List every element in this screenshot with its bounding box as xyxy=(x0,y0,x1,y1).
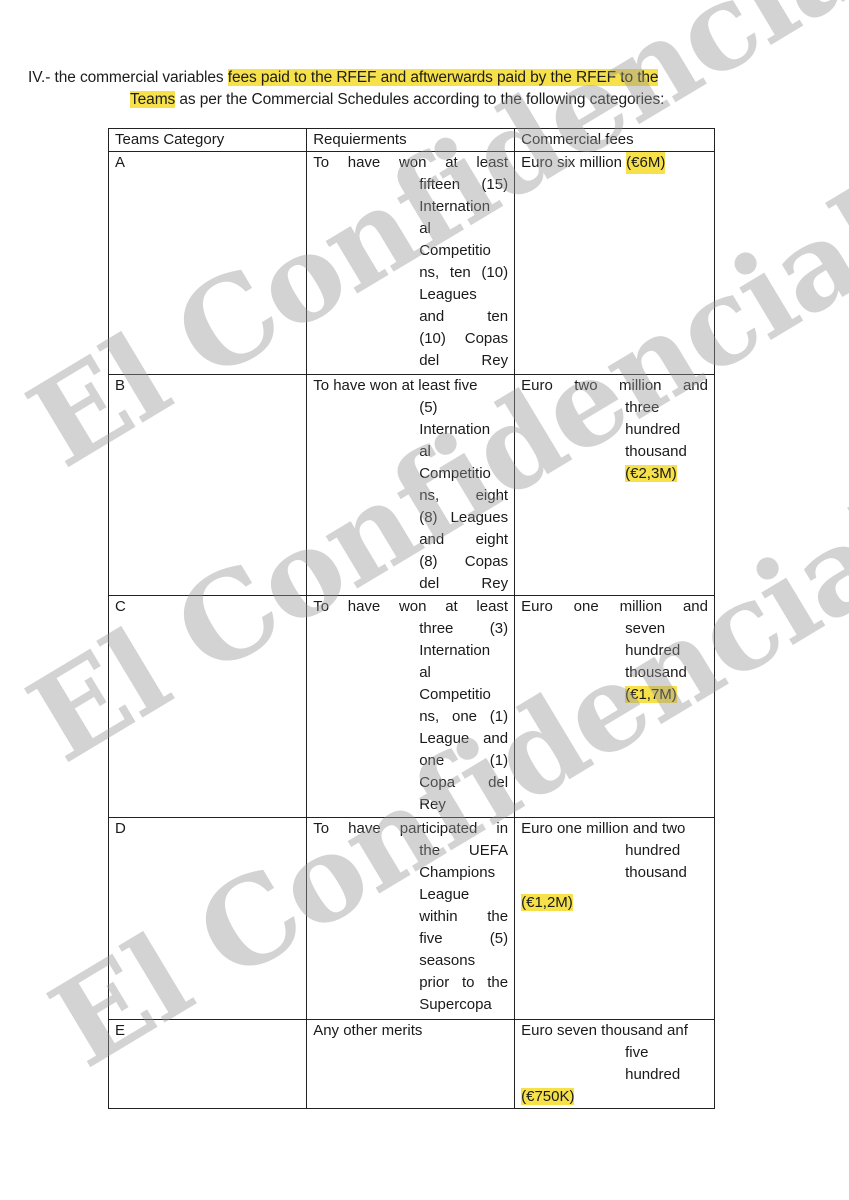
text-line: Competitio xyxy=(419,240,508,262)
text-line: ns, eight xyxy=(419,485,508,507)
text-line: Rey xyxy=(419,794,508,816)
text-line: thousand xyxy=(625,862,708,884)
fee-amount-highlight: (€2,3M) xyxy=(625,465,677,482)
text-line: ns, ten (10) xyxy=(419,262,508,284)
fee-amount-highlight: (€6M) xyxy=(626,152,665,174)
text-line: Champions xyxy=(419,862,508,884)
text-line: del Rey xyxy=(419,350,508,372)
header-teams-category: Teams Category xyxy=(109,129,307,152)
fee-lines: threehundredthousand xyxy=(625,397,708,463)
text-line: (8) Copas xyxy=(419,551,508,573)
header-requirements: Requierments xyxy=(307,129,515,152)
fee-text: Euro two million and xyxy=(521,375,708,397)
text-line: League and xyxy=(419,728,508,750)
fee-amount-highlight: (€1,2M) xyxy=(521,894,573,911)
text-line: five (5) xyxy=(419,928,508,950)
text-line: Supercopa xyxy=(419,994,508,1016)
table-row: B To have won at least five (5)Internati… xyxy=(109,375,715,596)
text-line: fifteen (15) xyxy=(419,174,508,196)
text-line: Internation xyxy=(419,196,508,218)
intro-highlight-2: Teams xyxy=(130,91,175,108)
table-row: A To have won at least fifteen (15)Inter… xyxy=(109,152,715,375)
text-line: ns, one (1) xyxy=(419,706,508,728)
text-line: five xyxy=(625,1042,708,1064)
text-line: thousand xyxy=(625,441,708,463)
text-line: and eight xyxy=(419,529,508,551)
requirement-cell: Any other merits xyxy=(307,1020,515,1109)
requirement-lines: the UEFAChampionsLeaguewithin thefive (5… xyxy=(419,840,508,1016)
requirement-cell: To have won at least three (3)Internatio… xyxy=(307,596,515,818)
requirement-first-line: To have won at least xyxy=(313,152,508,174)
fee-cell: Euro one million and sevenhundredthousan… xyxy=(515,596,715,818)
text-line: (10) Copas xyxy=(419,328,508,350)
requirement-lines: (5)InternationalCompetitions, eight(8) L… xyxy=(419,397,508,595)
text-line: prior to the xyxy=(419,972,508,994)
requirement-cell: To have won at least fifteen (15)Interna… xyxy=(307,152,515,375)
document-page: IV.- the commercial variables fees paid … xyxy=(0,0,849,1200)
text-line: League xyxy=(419,884,508,906)
text-line: three (3) xyxy=(419,618,508,640)
text-line: Competitio xyxy=(419,463,508,485)
table-row: C To have won at least three (3)Internat… xyxy=(109,596,715,818)
category-cell: C xyxy=(109,596,307,818)
fee-lines: sevenhundredthousand xyxy=(625,618,708,684)
text-line: (8) Leagues xyxy=(419,507,508,529)
fee-amount-highlight: (€1,7M) xyxy=(625,686,677,703)
text-line: hundred xyxy=(625,640,708,662)
requirement-first-line: Any other merits xyxy=(313,1020,508,1042)
fee-text: Euro six million xyxy=(521,154,626,171)
header-commercial-fees: Commercial fees xyxy=(515,129,715,152)
fee-amount-highlight: (€750K) xyxy=(521,1088,574,1105)
text-line: within the xyxy=(419,906,508,928)
requirement-first-line: To have won at least xyxy=(313,596,508,618)
text-line: Internation xyxy=(419,640,508,662)
text-line: del Rey xyxy=(419,573,508,595)
requirement-cell: To have won at least five (5)Internation… xyxy=(307,375,515,596)
text-line: hundred xyxy=(625,840,708,862)
fee-cell: Euro seven thousand anf fivehundred (€75… xyxy=(515,1020,715,1109)
fee-text: Euro one million and xyxy=(521,596,708,618)
intro-highlight-1: fees paid to the RFEF and aftwerwards pa… xyxy=(228,69,659,86)
requirement-first-line: To have won at least five xyxy=(313,375,508,397)
requirement-lines: three (3)InternationalCompetitions, one … xyxy=(419,618,508,816)
text-line: one (1) xyxy=(419,750,508,772)
text-line: Copa del xyxy=(419,772,508,794)
text-line: and ten xyxy=(419,306,508,328)
intro-prefix: IV.- the commercial variables xyxy=(28,69,228,86)
commercial-fees-table: Teams Category Requierments Commercial f… xyxy=(108,128,715,1109)
text-line: thousand xyxy=(625,662,708,684)
text-line: three xyxy=(625,397,708,419)
text-line: Competitio xyxy=(419,684,508,706)
text-line: the UEFA xyxy=(419,840,508,862)
fee-cell: Euro six million (€6M) xyxy=(515,152,715,375)
fee-lines: fivehundred xyxy=(625,1042,708,1086)
category-cell: B xyxy=(109,375,307,596)
text-line: hundred xyxy=(625,1064,708,1086)
requirement-cell: To have participated in the UEFAChampion… xyxy=(307,818,515,1020)
text-line: Leagues xyxy=(419,284,508,306)
fee-text: Euro seven thousand anf xyxy=(521,1020,708,1042)
fee-lines: hundredthousand xyxy=(625,840,708,884)
fee-cell: Euro two million and threehundredthousan… xyxy=(515,375,715,596)
text-line: al xyxy=(419,218,508,240)
intro-paragraph: IV.- the commercial variables fees paid … xyxy=(28,67,738,111)
text-line: seven xyxy=(625,618,708,640)
intro-suffix: as per the Commercial Schedules accordin… xyxy=(175,91,664,108)
text-line: al xyxy=(419,441,508,463)
table-header-row: Teams Category Requierments Commercial f… xyxy=(109,129,715,152)
table-row: E Any other merits Euro seven thousand a… xyxy=(109,1020,715,1109)
category-cell: E xyxy=(109,1020,307,1109)
intro-line-2: Teams as per the Commercial Schedules ac… xyxy=(28,89,738,111)
category-cell: D xyxy=(109,818,307,1020)
text-line: Internation xyxy=(419,419,508,441)
requirement-first-line: To have participated in xyxy=(313,818,508,840)
fee-cell: Euro one million and two hundredthousand… xyxy=(515,818,715,1020)
text-line: (5) xyxy=(419,397,508,419)
fee-text: Euro one million and two xyxy=(521,818,708,840)
category-cell: A xyxy=(109,152,307,375)
text-line: seasons xyxy=(419,950,508,972)
text-line: al xyxy=(419,662,508,684)
requirement-lines: fifteen (15)InternationalCompetitions, t… xyxy=(419,174,508,372)
table-row: D To have participated in the UEFAChampi… xyxy=(109,818,715,1020)
text-line: hundred xyxy=(625,419,708,441)
